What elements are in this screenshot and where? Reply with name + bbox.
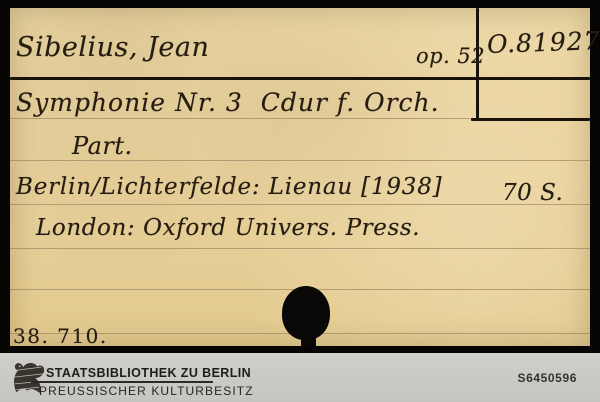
accession-number: 38. 710. xyxy=(13,326,108,346)
institution-divider-rule xyxy=(31,381,213,383)
scan-id-number: S6450596 xyxy=(517,371,577,385)
catalog-card: Sibelius, Jean op. 52 O.81927 Symphonie … xyxy=(10,8,590,346)
author-heading: Sibelius, Jean xyxy=(16,34,209,61)
ruled-line xyxy=(10,248,590,249)
punch-hole-slot xyxy=(301,330,316,346)
title-line: Symphonie Nr. 3 Cdur f. Orch. xyxy=(16,90,440,115)
imprint-london-line: London: Oxford Univers. Press. xyxy=(36,217,420,240)
institution-name-line2: PREUSSISCHER KULTURBESITZ xyxy=(39,384,254,398)
page-extent: 70 S. xyxy=(502,182,563,205)
part-designation: Part. xyxy=(72,134,133,158)
footer-bar: STAATSBIBLIOTHEK ZU BERLIN PREUSSISCHER … xyxy=(0,353,600,402)
header-rule xyxy=(10,77,590,80)
institution-name-line1: STAATSBIBLIOTHEK ZU BERLIN xyxy=(46,366,251,380)
opus-number: op. 52 xyxy=(416,46,485,67)
shelfmark-number: O.81927 xyxy=(487,28,600,57)
imprint-berlin-line: Berlin/Lichterfelde: Lienau [1938] xyxy=(16,176,442,199)
ruled-line xyxy=(10,160,590,161)
shelfmark-row-rule xyxy=(471,118,590,121)
